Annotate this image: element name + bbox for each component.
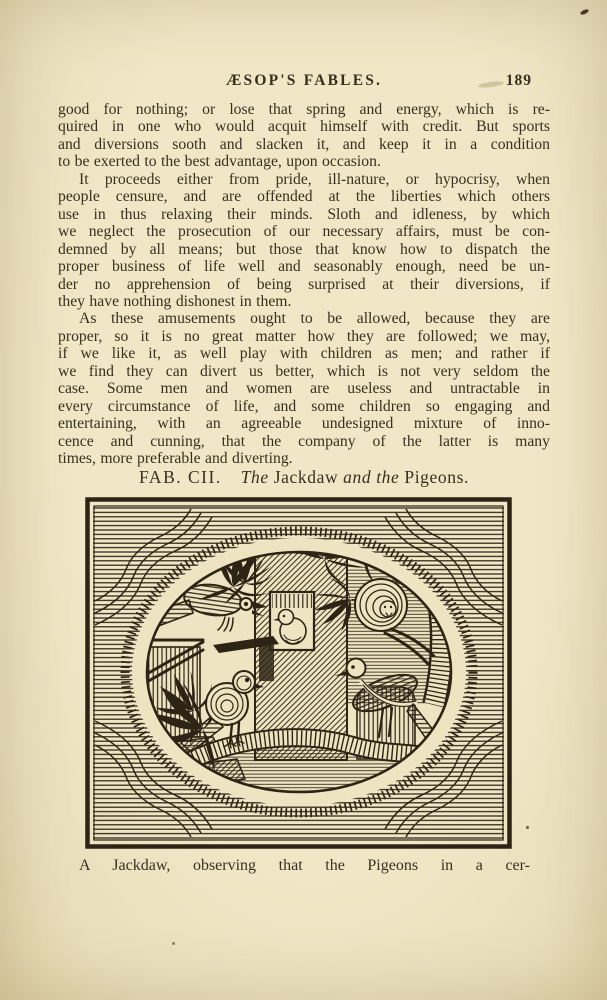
text-line: to be exerted to the best advantage, upo… bbox=[58, 153, 550, 170]
text-line: good for nothing; or lose that spring an… bbox=[58, 101, 550, 118]
text-line: they have nothing dishonest in them. bbox=[58, 293, 550, 310]
fable-heading: FAB. CII. The Jackdaw and the Pigeons. bbox=[58, 467, 550, 488]
text-line: demned by all means; but those that know… bbox=[58, 241, 550, 258]
text-line: every circumstance of life, and some chi… bbox=[58, 398, 550, 415]
fable-opening-line: A Jackdaw, observing that the Pigeons in… bbox=[58, 856, 530, 876]
text-line: we find they can divert us better, which… bbox=[58, 363, 550, 380]
fable-woodcut-illustration bbox=[85, 497, 512, 849]
paragraph: As these amusements ought to be allowed,… bbox=[58, 310, 550, 467]
text-line: quired in one who would acquit himself w… bbox=[58, 118, 550, 135]
paragraph: It proceeds either from pride, ill-natur… bbox=[58, 171, 550, 311]
fable-title-word: Pigeons. bbox=[404, 467, 469, 487]
fable-number: FAB. CII. bbox=[139, 467, 222, 487]
text-line: entertaining, with an agreeable undesign… bbox=[58, 415, 550, 432]
fable-title-word: The bbox=[241, 467, 269, 487]
paper-speck bbox=[172, 942, 175, 945]
page-number: 189 bbox=[506, 72, 532, 90]
text-line: cence and cunning, that the company of t… bbox=[58, 433, 550, 450]
text-line: proper, so it is no great matter how the… bbox=[58, 328, 550, 345]
fable-title-word: and the bbox=[343, 467, 399, 487]
running-header: ÆSOP'S FABLES. 189 bbox=[58, 72, 550, 92]
text-line: proper business of life well and seasona… bbox=[58, 258, 550, 275]
paper-speck bbox=[526, 826, 529, 829]
paper-speck bbox=[580, 8, 590, 15]
paragraph: good for nothing; or lose that spring an… bbox=[58, 101, 550, 171]
text-line: and diversions sooth and slacken it, and… bbox=[58, 136, 550, 153]
text-line: It proceeds either from pride, ill-natur… bbox=[58, 171, 550, 188]
text-line: As these amusements ought to be allowed,… bbox=[58, 310, 550, 327]
header-title: ÆSOP'S FABLES. bbox=[58, 72, 550, 90]
text-line: der no apprehension of being surprised a… bbox=[58, 276, 550, 293]
text-line: case. Some men and women are useless and… bbox=[58, 380, 550, 397]
text-line: people censure, and are offended at the … bbox=[58, 188, 550, 205]
text-line: times, more preferable and diverting. bbox=[58, 450, 550, 467]
text-line: if we like it, as well play with childre… bbox=[58, 345, 550, 362]
body-text: good for nothing; or lose that spring an… bbox=[58, 101, 550, 468]
book-page: ÆSOP'S FABLES. 189 good for nothing; or … bbox=[0, 0, 607, 1000]
fable-title-word: Jackdaw bbox=[274, 467, 338, 487]
text-line: use in thus relaxing their minds. Sloth … bbox=[58, 206, 550, 223]
text-line: we neglect the prosecution of our necess… bbox=[58, 223, 550, 240]
